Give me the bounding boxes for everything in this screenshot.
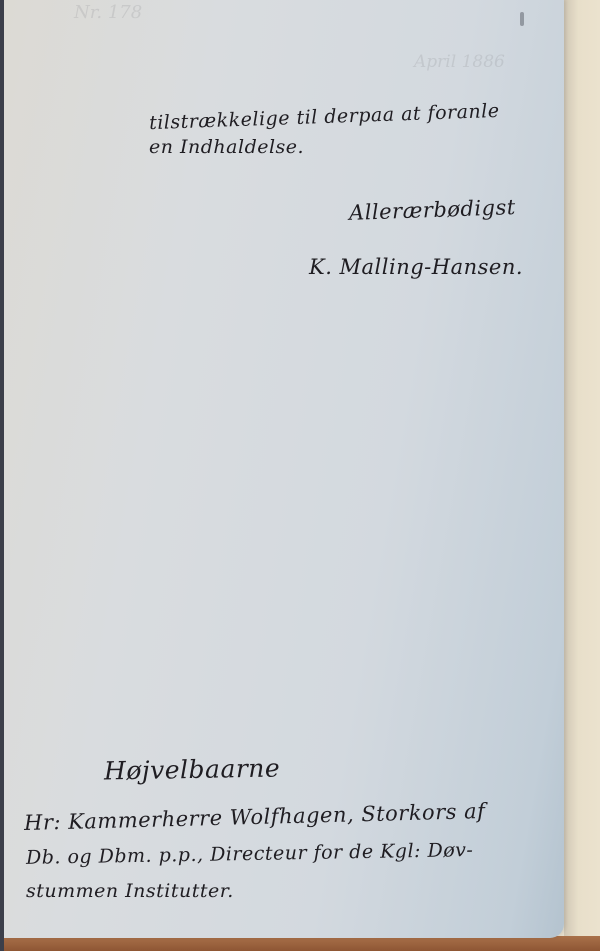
bleedthrough-folio-number: Nr. 178 xyxy=(74,2,142,23)
address-line-2: Db. og Dbm. p.p., Directeur for de Kgl: … xyxy=(26,839,474,869)
letter-page: Nr. 178 April 1886 tilstrækkelige til de… xyxy=(4,0,564,938)
closing-phrase: Allerærbødigst xyxy=(349,195,516,225)
binding-shadow xyxy=(0,0,4,951)
body-line-1: tilstrækkelige til derpaa at foranle xyxy=(149,100,500,134)
bleedthrough-date: April 1886 xyxy=(414,52,505,72)
table-surface xyxy=(0,936,600,951)
body-line-2: en Indhaldelse. xyxy=(149,136,304,158)
ink-spot xyxy=(520,12,524,26)
signature: K. Malling-Hansen. xyxy=(309,255,523,279)
address-line-1: Hr: Kammerherre Wolfhagen, Storkors af xyxy=(24,799,486,835)
underlying-page-edge xyxy=(564,0,600,938)
address-salutation: Højvelbaarne xyxy=(104,753,281,785)
address-line-3: stummen Institutter. xyxy=(26,880,234,902)
